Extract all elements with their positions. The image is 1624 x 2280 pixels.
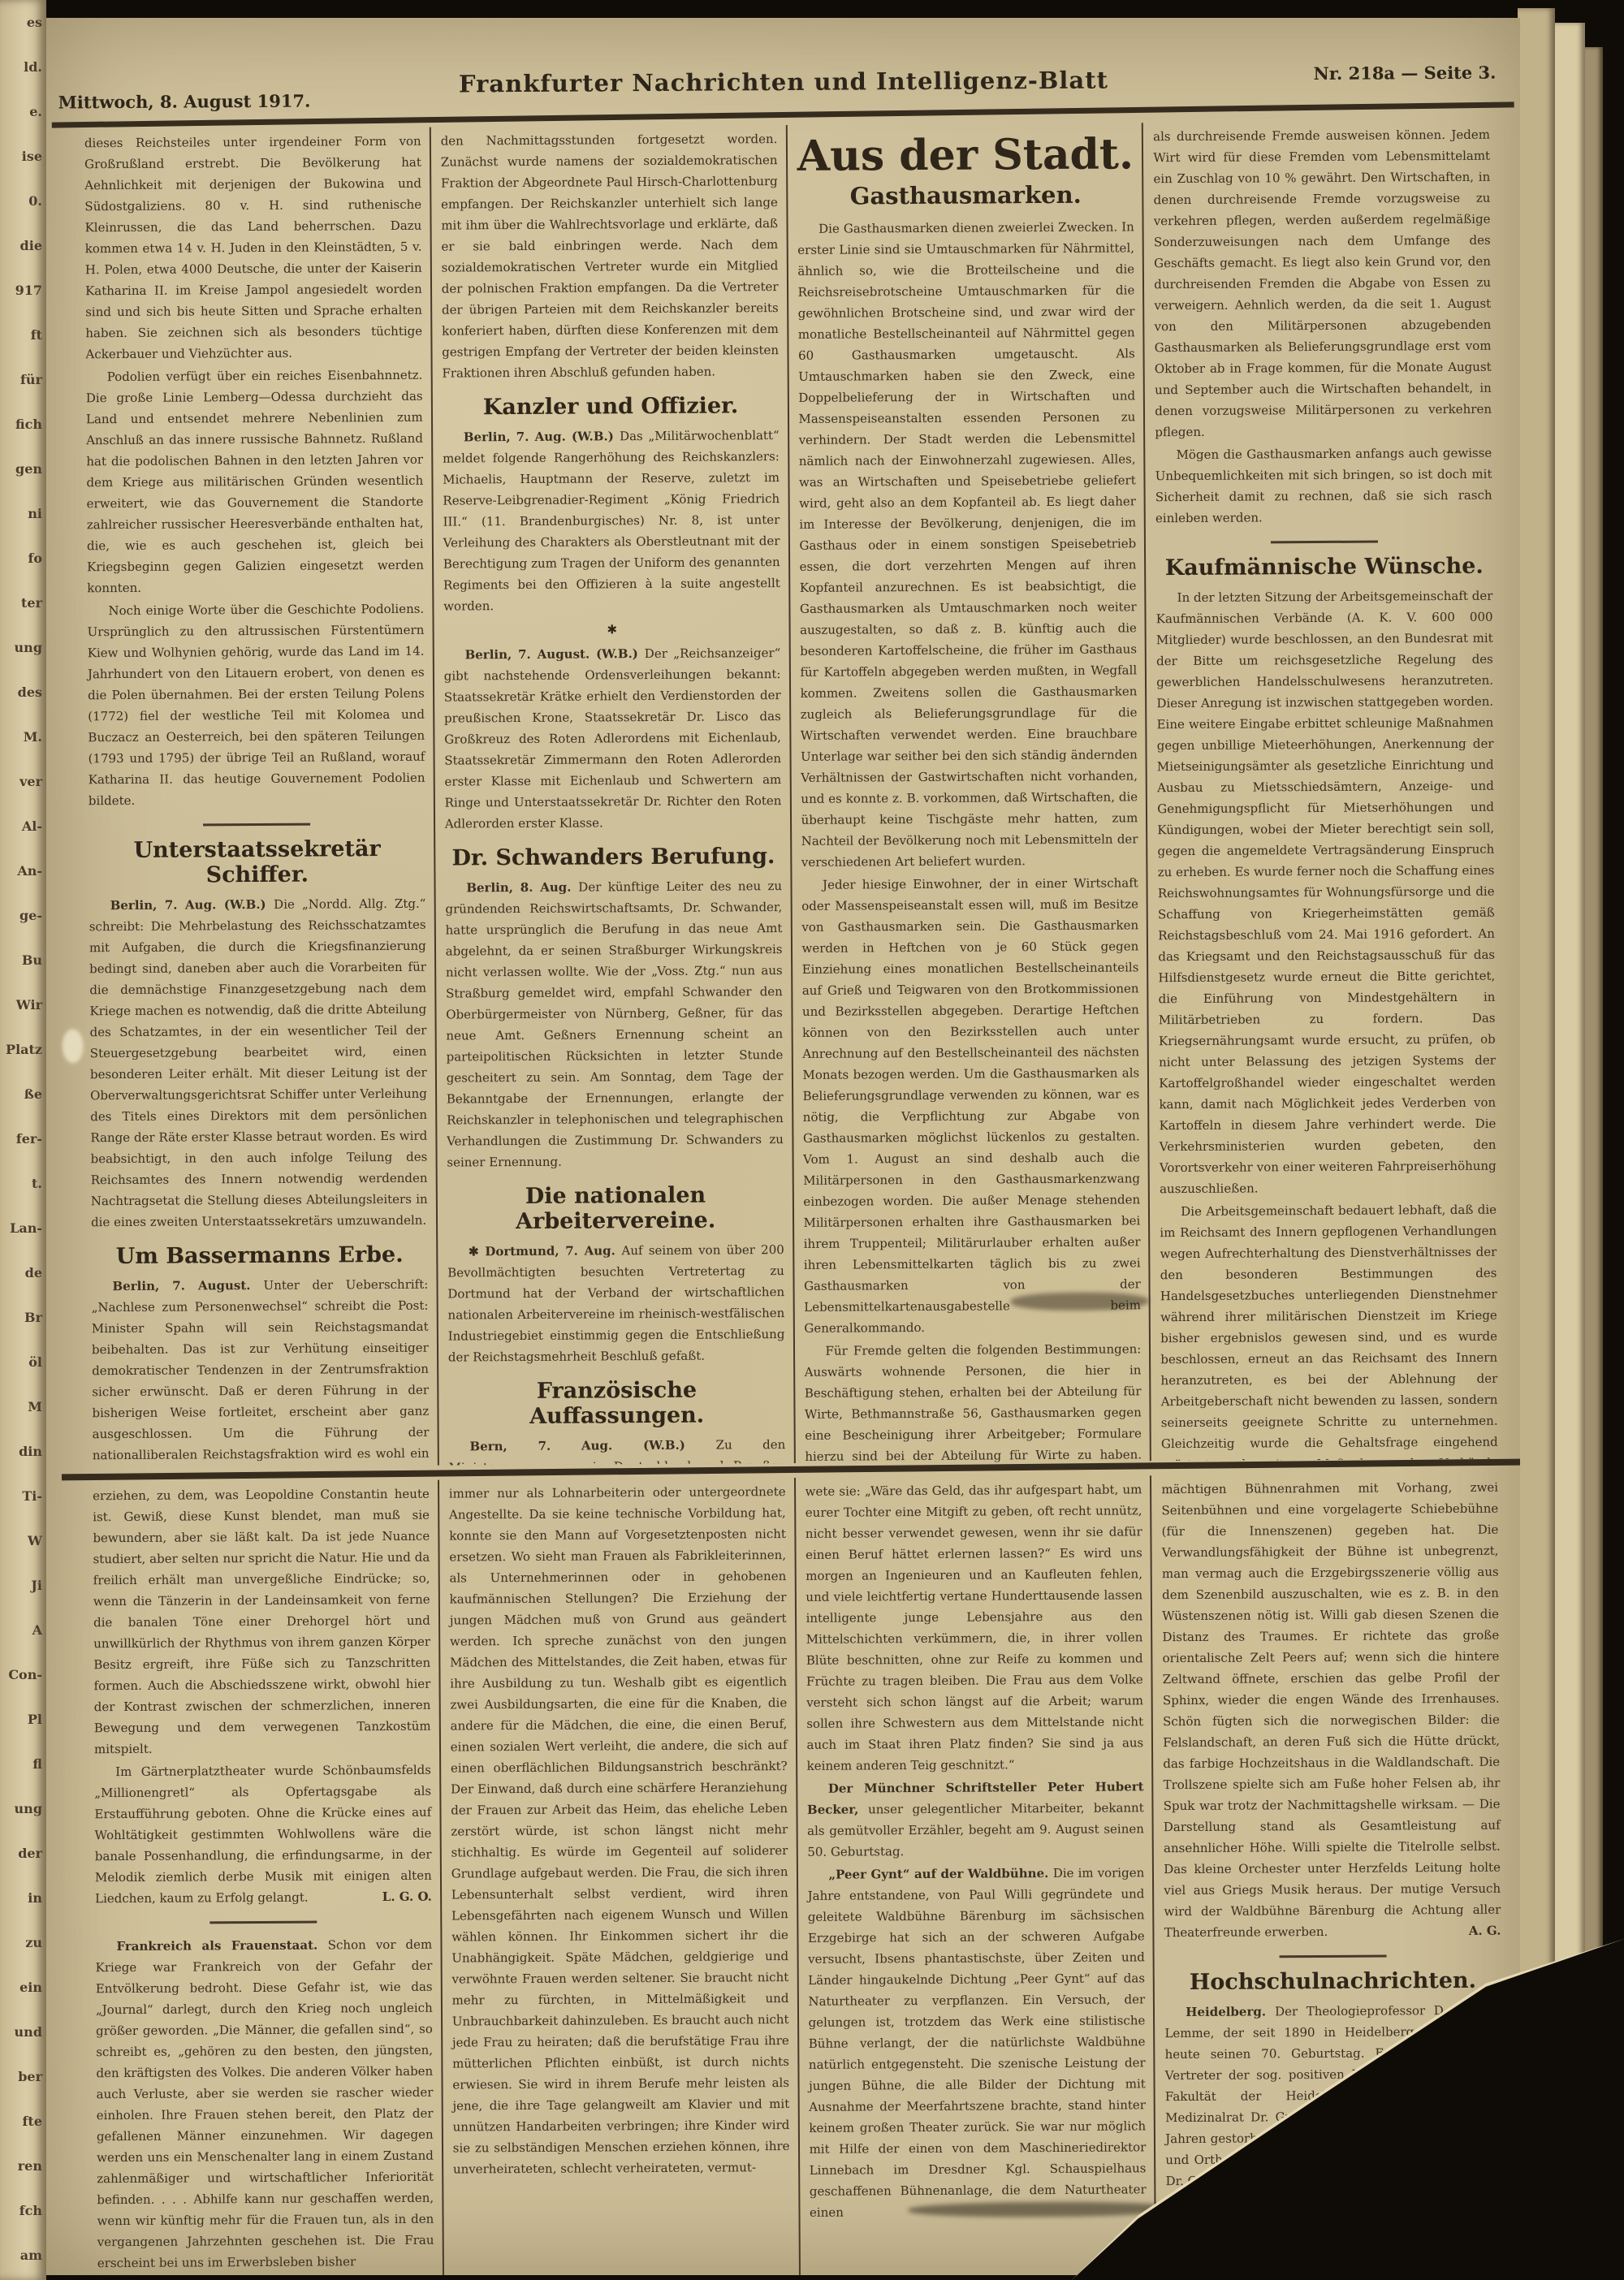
scanned-newspaper-photo: { "page": { "dateline": "Mittwoch, 8. Au…	[0, 0, 1624, 2280]
torn-text-fragment: Lan-	[0, 1206, 46, 1250]
torn-text-fragment: der	[0, 1831, 46, 1876]
bottom-column-1: erziehen, zu dem, was Leopoldine Constan…	[83, 1480, 443, 2275]
article-title: Französische Auffassungen.	[448, 1377, 785, 1430]
newspaper-page: Mittwoch, 8. August 1917. Frankfurter Na…	[46, 18, 1520, 2275]
page-edge	[1518, 8, 1555, 2270]
torn-text-fragment: ise	[0, 134, 46, 179]
article-divider	[1279, 1955, 1386, 1958]
article-paragraph: Im Gärtnerplatztheater wurde Schönbaumsf…	[94, 1760, 432, 1910]
torn-text-fragment: W	[0, 1518, 46, 1563]
torn-text-fragment: am	[0, 2233, 46, 2278]
torn-text-fragment: de	[0, 1250, 46, 1295]
paragraph-lead: ✱ Dortmund, 7. Aug.	[469, 1243, 622, 1259]
paragraph-lead: Berlin, 7. August. (W.B.)	[464, 646, 644, 662]
torn-text-fragment: ld.	[0, 45, 46, 89]
torn-text-fragment: Ti-	[0, 1474, 46, 1518]
article-divider	[1271, 541, 1378, 544]
torn-text-fragment: Wir	[0, 982, 46, 1027]
paragraph-lead: Berlin, 8. Aug.	[466, 880, 578, 896]
torn-text-fragment: An-	[0, 849, 46, 893]
torn-text-fragment: fer-	[0, 1116, 46, 1161]
article-paragraph: mächtigen Bühnenrahmen mit Vorhang, zwei…	[1161, 1477, 1501, 1944]
torn-text-fragment: fo	[0, 536, 46, 581]
torn-text-fragment: ter	[0, 581, 46, 625]
article-paragraph: Berlin, 7. August. (W.B.) Der „Reichsanz…	[443, 642, 781, 835]
top-section: dieses Reichsteiles unter irgendeiner Fo…	[75, 121, 1506, 1468]
bottom-column-2: immer nur als Lohnarbeiterin oder unterg…	[438, 1478, 799, 2275]
torn-text-fragment: zu	[0, 1920, 46, 1965]
torn-text-fragment: Ji	[0, 1563, 46, 1608]
article-paragraph: „Peer Gynt“ auf der Waldbühne. Die im vo…	[807, 1862, 1146, 2223]
torn-text-fragment: M	[0, 1384, 46, 1429]
torn-text-fragment: 0.	[0, 179, 46, 223]
torn-text-fragment: ren	[0, 2144, 46, 2188]
top-column-1: dieses Reichsteiles unter irgendeiner Fo…	[75, 127, 438, 1468]
torn-text-fragment: t.	[0, 1161, 46, 1206]
paragraph-lead: Berlin, 7. Aug. (W.B.)	[110, 897, 274, 913]
page-edge	[1585, 47, 1603, 2280]
article-paragraph: Bern, 7. Aug. (W.B.) Zu den Ministererne…	[448, 1434, 786, 1466]
article-paragraph: Die Arbeitsgemeinschaft bedauert lebhaft…	[1160, 1199, 1499, 1462]
torn-text-fragment: Con-	[0, 1652, 46, 1697]
article-paragraph: immer nur als Lohnarbeiterin oder unterg…	[449, 1481, 790, 2180]
torn-text-fragment: Al-	[0, 804, 46, 849]
torn-text-fragment: ße	[0, 1072, 46, 1116]
article-paragraph: ✱ Dortmund, 7. Aug. Auf seinem von über …	[447, 1239, 785, 1368]
issue-number: Nr. 218a — Seite 3.	[1314, 63, 1497, 84]
star-separator: ✱	[443, 621, 780, 638]
page-edge	[1555, 23, 1585, 2275]
main-section-title: Aus der Stadt.	[797, 129, 1134, 181]
article-paragraph: Podolien verfügt über ein reiches Eisenb…	[86, 365, 424, 599]
torn-text-fragment: Bu	[0, 938, 46, 982]
torn-text-fragment: die	[0, 223, 46, 268]
paragraph-lead: Der Münchner Schriftsteller Peter Hubert…	[807, 1779, 1144, 1817]
torn-page-strip: esld.e.ise0.die917ftfürfichgennifoterung…	[0, 0, 46, 2280]
article-title: Hochschulnachrichten.	[1164, 1968, 1501, 1996]
torn-text-fragment: fl	[0, 1742, 46, 1786]
article-paragraph: Berlin, 7. August. Unter der Ueberschrif…	[91, 1274, 430, 1468]
article-title: Die nationalen Arbeitervereine.	[447, 1182, 784, 1235]
torn-text-fragment: fich	[0, 402, 46, 447]
top-column-4: als durchreisende Fremde ausweisen könne…	[1142, 121, 1506, 1462]
article-subtitle: Gasthausmarken.	[797, 180, 1134, 210]
paragraph-lead: „Peer Gynt“ auf der Waldbühne.	[828, 1866, 1052, 1882]
masthead-title: Frankfurter Nachrichten und Intelligenz-…	[46, 63, 1520, 100]
torn-text-fragment: fch	[0, 2188, 46, 2233]
torn-text-fragment: des	[0, 670, 46, 715]
ink-smudge	[1011, 1292, 1149, 1311]
bottom-column-3: wete sie: „Wäre das Geld, das ihr aufges…	[793, 1475, 1155, 2275]
torn-text-fragment: din	[0, 1429, 46, 1474]
torn-text-fragment: ge-	[0, 893, 46, 938]
article-divider	[210, 1921, 317, 1924]
article-paragraph: Berlin, 7. Aug. (W.B.) Die „Nordd. Allg.…	[89, 893, 428, 1233]
paragraph-lead: Heidelberg.	[1186, 2004, 1275, 2019]
torn-text-fragment: e.	[0, 89, 46, 134]
top-column-2: den Nachmittagsstunden fortgesetzt worde…	[430, 125, 794, 1466]
torn-text-fragment: ft	[0, 313, 46, 357]
top-column-3: Aus der Stadt.Gasthausmarken.Die Gasthau…	[785, 123, 1150, 1463]
article-paragraph: Für Fremde gelten die folgenden Bestimmu…	[804, 1338, 1142, 1463]
torn-text-fragment: ber	[0, 2054, 46, 2099]
paragraph-lead: Bern, 7. Aug. (W.B.)	[469, 1438, 715, 1454]
torn-text-fragment: A	[0, 1608, 46, 1652]
article-paragraph: Berlin, 7. Aug. (W.B.) Das „Militärwoche…	[443, 425, 780, 617]
torn-text-fragment: ver	[0, 759, 46, 804]
paper-hole	[63, 1029, 84, 1063]
paragraph-lead: Berlin, 7. August.	[112, 1278, 263, 1293]
article-paragraph: erziehen, zu dem, was Leopoldine Constan…	[93, 1483, 431, 1760]
article-paragraph: In der letzten Sitzung der Arbeitsgemein…	[1156, 585, 1497, 1200]
article-title: Unterstaatssekretär Schiffer.	[89, 836, 425, 889]
torn-text-fragment: gen	[0, 447, 46, 491]
torn-text-fragment: in	[0, 1876, 46, 1920]
author-initials: L. G. O.	[352, 1886, 432, 1908]
article-divider	[203, 823, 310, 827]
article-title: Kaufmännische Wünsche.	[1155, 554, 1492, 581]
article-paragraph: wete sie: „Wäre das Geld, das ihr aufges…	[806, 1479, 1144, 1777]
article-paragraph: Noch einige Worte über die Geschichte Po…	[87, 598, 425, 812]
article-paragraph: Mögen die Gasthausmarken anfangs auch ge…	[1155, 443, 1492, 529]
article-title: Um Bassermanns Erbe.	[91, 1242, 428, 1270]
article-title: Kanzler und Offizier.	[443, 393, 780, 421]
torn-text-fragment: und	[0, 2010, 46, 2054]
torn-text-fragment: es	[0, 0, 46, 45]
torn-text-fragment: ung	[0, 1786, 46, 1831]
torn-text-fragment: öl	[0, 1340, 46, 1384]
article-paragraph: dieses Reichsteiles unter irgendeiner Fo…	[84, 131, 422, 365]
article-paragraph: den Nachmittagsstunden fortgesetzt worde…	[441, 128, 780, 384]
torn-text-fragment: für	[0, 357, 46, 402]
torn-text-fragment: fte	[0, 2099, 46, 2144]
torn-text-fragment: ung	[0, 625, 46, 670]
article-paragraph: Die Gasthausmarken dienen zweierlei Zwec…	[797, 216, 1138, 873]
torn-text-fragment: Pl	[0, 1697, 46, 1742]
author-initials: A. G.	[1459, 1920, 1501, 1941]
paragraph-lead: Berlin, 7. Aug. (W.B.)	[464, 429, 620, 444]
torn-text-fragment: Br	[0, 1295, 46, 1340]
article-paragraph: Berlin, 8. Aug. Der künftige Leiter des …	[445, 875, 784, 1173]
article-paragraph: Der Münchner Schriftsteller Peter Hubert…	[807, 1776, 1144, 1863]
article-title: Dr. Schwanders Berufung.	[445, 844, 782, 871]
paragraph-lead: Frankreich als Frauenstaat.	[116, 1937, 327, 1954]
torn-text-fragment: 917	[0, 268, 46, 313]
torn-text-fragment: Platz	[0, 1027, 46, 1072]
article-paragraph: als durchreisende Fremde ausweisen könne…	[1153, 124, 1492, 443]
torn-text-fragment: ein	[0, 1965, 46, 2010]
article-paragraph: Frankreich als Frauenstaat. Schon vor de…	[95, 1934, 434, 2274]
article-paragraph: Jeder hiesige Einwohner, der in einer Wi…	[801, 872, 1141, 1339]
torn-text-fragment: M.	[0, 715, 46, 759]
page-content: Mittwoch, 8. August 1917. Frankfurter Na…	[46, 18, 1520, 2275]
torn-text-fragment: ni	[0, 491, 46, 536]
